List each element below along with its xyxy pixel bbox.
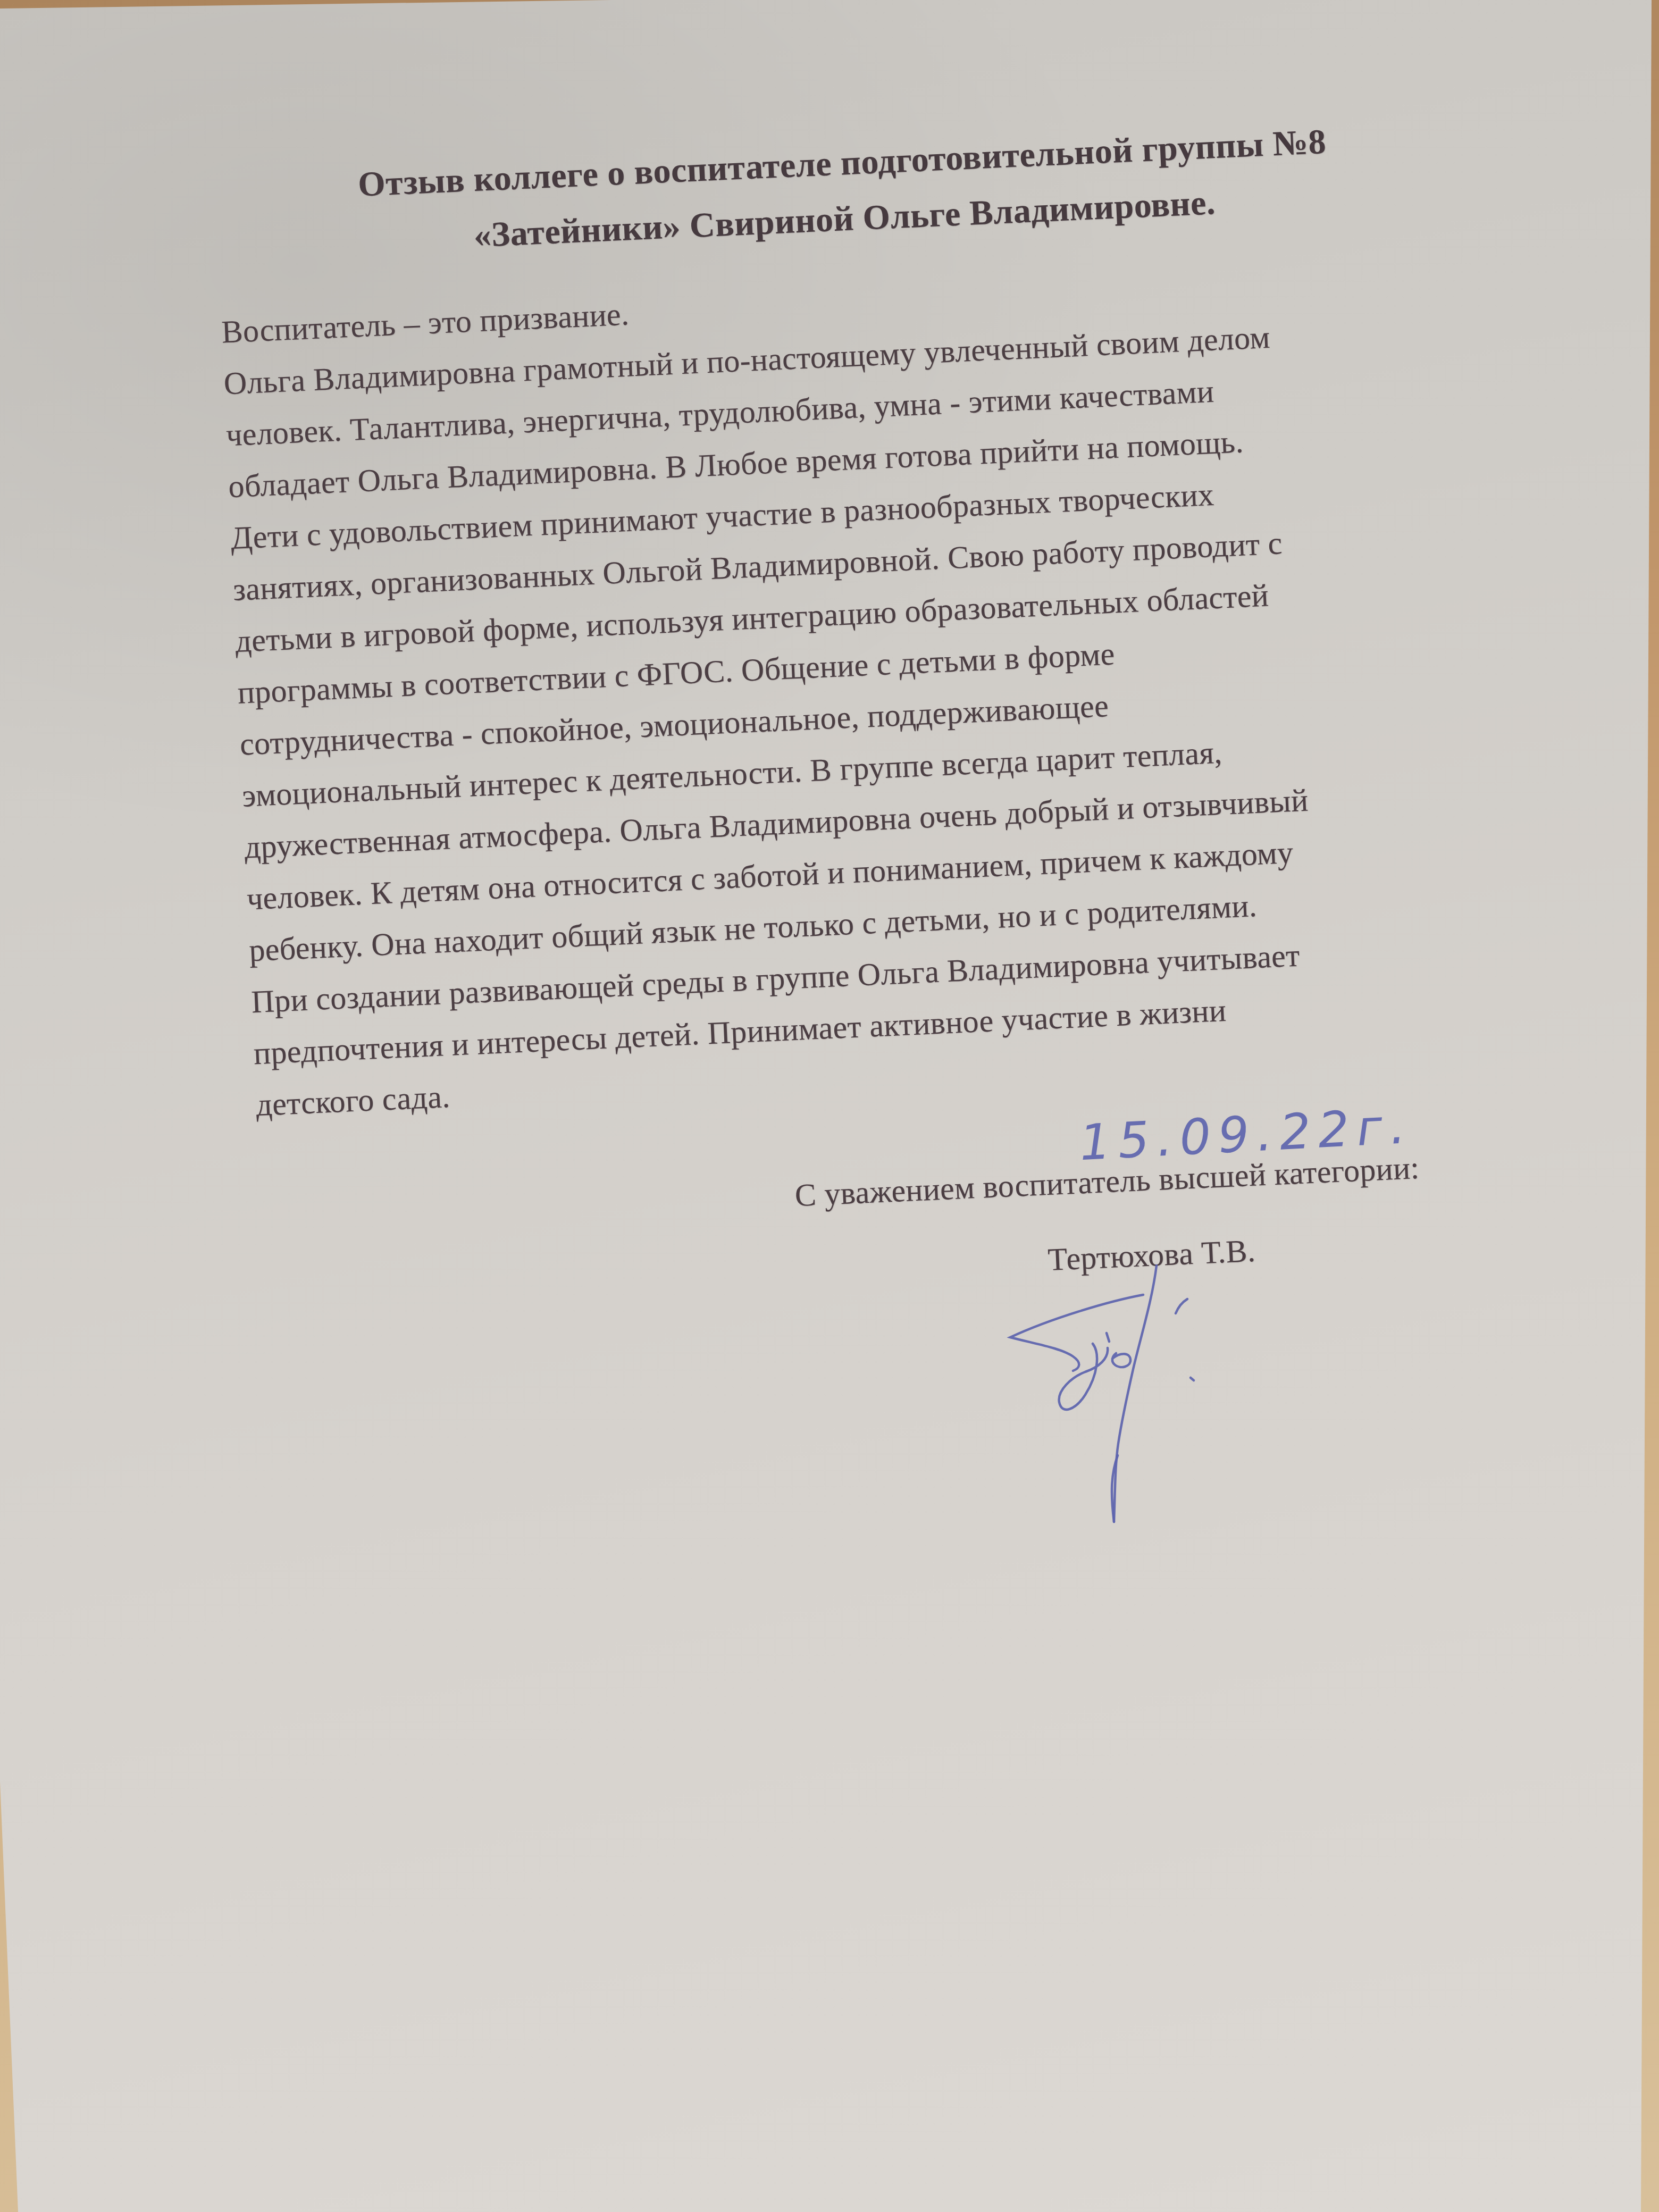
document-title: Отзыв коллеге о воспитателе подготовител… bbox=[177, 106, 1510, 276]
photo-of-document: { "document": { "title_line1": "Отзыв ко… bbox=[0, 0, 1659, 2212]
paper-sheet: Отзыв коллеге о воспитателе подготовител… bbox=[0, 0, 1659, 2212]
document-body: Воспитатель – это призвание. Ольга Влади… bbox=[183, 249, 1548, 1133]
signature-scribble bbox=[981, 1263, 1353, 1662]
